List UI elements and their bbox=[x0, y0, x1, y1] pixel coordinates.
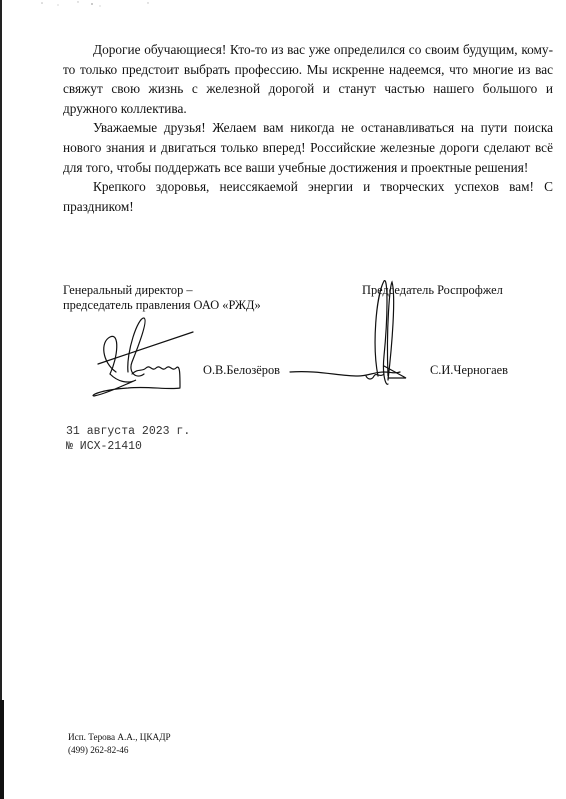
signature-right-icon bbox=[288, 276, 418, 391]
scan-edge-shadow bbox=[0, 700, 4, 799]
left-title-line2: председатель правления ОАО «РЖД» bbox=[63, 298, 261, 313]
letter-date: 31 августа 2023 г. bbox=[66, 425, 190, 440]
letter-number: № ИСХ-21410 bbox=[66, 440, 190, 455]
executor-footer: Исп. Терова А.А., ЦКАДР (499) 262-82-46 bbox=[68, 731, 171, 757]
right-signatory-name: С.И.Черногаев bbox=[430, 363, 508, 378]
letter-body: Дорогие обучающиеся! Кто-то из вас уже о… bbox=[63, 40, 553, 216]
executor-name: Исп. Терова А.А., ЦКАДР bbox=[68, 731, 171, 744]
signature-left-icon bbox=[88, 312, 198, 402]
left-signatory-name: О.В.Белозёров bbox=[203, 363, 280, 378]
scan-edge bbox=[0, 0, 2, 799]
left-signatory-title: Генеральный директор – председатель прав… bbox=[63, 283, 261, 312]
registration-stamp: 31 августа 2023 г. № ИСХ-21410 bbox=[66, 425, 190, 454]
paragraph-1: Дорогие обучающиеся! Кто-то из вас уже о… bbox=[63, 40, 553, 118]
executor-phone: (499) 262-82-46 bbox=[68, 744, 171, 757]
paragraph-2: Уважаемые друзья! Желаем вам никогда не … bbox=[63, 118, 553, 177]
paragraph-3: Крепкого здоровья, неиссякаемой энергии … bbox=[63, 177, 553, 216]
left-title-line1: Генеральный директор – bbox=[63, 283, 261, 298]
scan-noise bbox=[30, 0, 190, 12]
